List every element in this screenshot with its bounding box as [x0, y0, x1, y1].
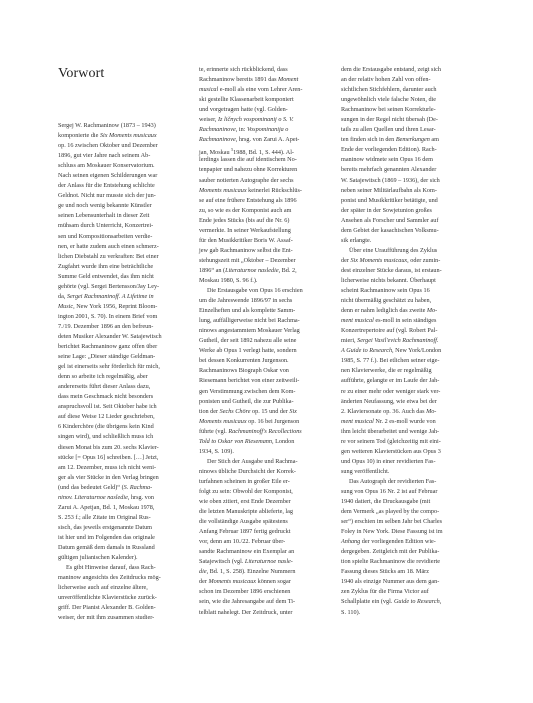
text-line: für den Musikkritiker Boris W. Assaf- — [199, 236, 332, 246]
text-line: sung von Opus 16 Nr. 2 ist auf Februar — [341, 487, 474, 497]
text-line: zu, so wie es der Komponist auch am — [199, 206, 332, 216]
text-line: schluss am Moskauer Konservatorium. — [58, 161, 191, 171]
text-line: aufführte, gelangte er im Laufe der Jah- — [341, 376, 474, 386]
text-line: S. 253 f.; alle Zitate im Original Rus- — [58, 513, 191, 523]
text-line: Die Erstausgabe von Opus 16 erschien — [199, 286, 332, 296]
text-line: Summe Geld entwendet, das ihm nicht — [58, 272, 191, 282]
text-line: Rachmaninow bei seinen Korrekturle- — [341, 105, 474, 115]
text-line: nen, er hatte zudem auch einen schmerz- — [58, 242, 191, 252]
text-line: Sergej W. Rachmaninow (1873 – 1943) — [58, 121, 191, 131]
text-line: stehungszeit mit „Oktober – Dezember — [199, 256, 332, 266]
text-line: Anhang der vorliegenden Edition wie- — [341, 537, 474, 547]
text-line: denn er nahm lediglich das zweite Mo- — [341, 306, 474, 316]
text-line: licherweise nichts bekannt. Überhaupt — [341, 276, 474, 286]
text-line: griff. Der Pianist Alexander B. Golden- — [58, 603, 191, 613]
text-line: der Anlass für die Entstehung schlichte — [58, 181, 191, 191]
text-line: Nach seinen eigenen Schilderungen war — [58, 171, 191, 181]
text-line: ington 2001, S. 70). In einem Brief vom — [58, 312, 191, 322]
text-line: die letzten Manuskripte ablieferte, lag — [199, 507, 332, 517]
text-line: seinen Lebensunterhalt in dieser Zeit — [58, 211, 191, 221]
text-line: sein, wie die Jahresangabe auf dem Ti- — [199, 597, 332, 607]
text-line: Moments musicaux op. 16 bei Jurgenson — [199, 417, 332, 427]
text-line: Ansehen als Forscher und Sammler auf — [341, 216, 474, 226]
text-line: Das Autograph der revidierten Fas- — [341, 477, 474, 487]
text-line: licherweise auch auf einzelne ältere, — [58, 583, 191, 593]
text-line: die, Bd. 1, S. 258). Einzelne Nummern — [199, 567, 332, 577]
text-line: ten finden sich in den Bemerkungen am — [341, 135, 474, 145]
text-line: andererseits führt dieser Anlass dazu, — [58, 382, 191, 392]
text-line: führte (vgl. Rachmaninoff's Recollection… — [199, 427, 332, 437]
text-line: dem Gebiet der kasachischen Volksmu- — [341, 226, 474, 236]
text-line: Es gibt Hinweise darauf, dass Rach- — [58, 563, 191, 573]
text-line: an der relativ hohen Zahl von offen- — [341, 75, 474, 85]
text-line: die vollständige Ausgabe spätestens — [199, 517, 332, 527]
text-line: Rachmaninows Biograph Oskar von — [199, 366, 332, 376]
text-line: te, erinnerte sich rückblickend, dass — [199, 65, 332, 75]
text-line: diesen Monat bis zum 20. sechs Klavier- — [58, 443, 191, 453]
text-line: und vorgetragen hatte (vgl. Golden- — [199, 105, 332, 115]
text-line: sung veröffentlicht. — [341, 467, 474, 477]
text-line: ment musical Nr. 2 es-moll wurde von — [341, 417, 474, 427]
text-line: ge und noch wenig bekannte Künstler — [58, 201, 191, 211]
text-line: re zu einer mehr oder weniger stark ver- — [341, 387, 474, 397]
text-line: Geldnot. Nicht nur musste sich der jun- — [58, 191, 191, 201]
text-line: gültigen julianischen Kalender). — [58, 553, 191, 563]
text-line: folgt zu sein: Obwohl der Komponist, — [199, 487, 332, 497]
text-line: 1896, gut vier Jahre nach seinem Ab- — [58, 151, 191, 161]
text-line: Gutheil, der seit 1892 nahezu alle seine — [199, 336, 332, 346]
text-line: wie oben zitiert, erst Ende Dezember — [199, 497, 332, 507]
text-column-2: te, erinnerte sich rückblickend, dassRac… — [199, 65, 332, 618]
text-line: Rachmaninow bereits 1891 das Moment — [199, 75, 332, 85]
text-line: re vor seinem Tod (gleichzeitig mit eini… — [341, 437, 474, 447]
text-line: neben seiner Militärlaufbahn als Kom- — [341, 186, 474, 196]
text-line: Moskau 1980, S. 96 f.). — [199, 276, 332, 286]
text-line: 1934, S. 109). — [199, 447, 332, 457]
text-line: komponierte die Six Moments musicaux — [58, 131, 191, 141]
text-line: Satajewitsch (vgl. Literaturnoe nasle- — [199, 557, 332, 567]
text-line: ger als vier Stücke in den Verlag bringe… — [58, 473, 191, 483]
text-line: und Opus 10) in einer revidierten Fas- — [341, 457, 474, 467]
text-line: sandte Rachmaninow ein Exemplar an — [199, 547, 332, 557]
text-line: Foley in New York. Diese Fassung ist im — [341, 527, 474, 537]
text-line: ihm leicht überarbeitet und wenige Jah- — [341, 427, 474, 437]
text-line: gehörte (vgl. Sergei Bertensson/Jay Ley- — [58, 282, 191, 292]
text-line: maninow widmete sein Opus 16 dem — [341, 155, 474, 165]
text-line: der Moments musicaux können sogar — [199, 577, 332, 587]
text-line: Rachmaninove, hrsg. von Zarui A. Apet- — [199, 135, 332, 145]
text-line: tails zu allen Quellen und ihren Lesar- — [341, 125, 474, 135]
text-line: dest einzelner Stücke daraus, ist erstau… — [341, 266, 474, 276]
text-line: Schallplatte ein (vgl. Guide to Research… — [341, 597, 474, 607]
text-line: da, Sergei Rachmaninoff. A Lifetime in — [58, 292, 191, 302]
text-line: W. Satajewitsch (1869 – 1936), der sich — [341, 176, 474, 186]
text-line: weiser, der mit ihm zusammen studier- — [58, 613, 191, 623]
text-line: Konzertrepertoire auf (vgl. Robert Pal- — [341, 326, 474, 336]
text-line: Fassung dieses Stücks am 18. März — [341, 567, 474, 577]
text-line: sik erlangte. — [341, 236, 474, 246]
text-line: änderten Neufassung, wie etwa bei der — [341, 397, 474, 407]
text-line: Über eine Uraufführung des Zyklus — [341, 246, 474, 256]
text-line: Zarui A. Apetjan, Bd. 1, Moskau 1978, — [58, 503, 191, 513]
text-line: ninows übliche Durchsicht der Korrek- — [199, 467, 332, 477]
text-line: sichtlichen Stichfehlern, darunter auch — [341, 85, 474, 95]
text-line: Datum gemäß dem damals in Russland — [58, 543, 191, 553]
text-line: jew gab Rachmaninow selbst die Ent- — [199, 246, 332, 256]
text-line: ist hier und im Folgenden das originale — [58, 533, 191, 543]
text-line: (und das bedeutet Geld)“ (S. Rachma- — [58, 483, 191, 493]
text-line: gen Verstimmung zwischen dem Kom- — [199, 387, 332, 397]
text-line: dem Vermerk „as played by the compo- — [341, 507, 474, 517]
text-line: lichen Diebstahl zu verkraften: Bei eine… — [58, 252, 191, 262]
text-column-1: Sergej W. Rachmaninow (1873 – 1943)kompo… — [58, 121, 191, 623]
text-line: ponisten und Gutheil, die zur Publika- — [199, 397, 332, 407]
text-line: deten Musiker Alexander W. Satajewitsch — [58, 332, 191, 342]
text-line: 1940 als einzige Nummer aus dem gan- — [341, 577, 474, 587]
text-line: ski gestellte Klassenarbeit komponiert — [199, 95, 332, 105]
text-line: S. 110). — [341, 608, 474, 618]
text-line: turfahnen scheinen in großer Eile er- — [199, 477, 332, 487]
text-line: seine Lage: „Dieser ständige Geldman- — [58, 352, 191, 362]
text-line: tion spielte Rachmaninow die revidierte — [341, 557, 474, 567]
text-line: ungewöhnlich viele falsche Noten, die — [341, 95, 474, 105]
text-line: Einzelheften und als komplette Samm- — [199, 306, 332, 316]
text-line: vermerkte. In seiner Werkaufstellung — [199, 226, 332, 236]
text-line: lung, auffälligerweise nicht bei Rachma- — [199, 316, 332, 326]
text-line: mühsam durch Unterricht, Konzertrei- — [58, 221, 191, 231]
document-page: Vorwort Sergej W. Rachmaninow (1873 – 19… — [0, 0, 533, 703]
text-line: ment musical es-moll in sein ständiges — [341, 316, 474, 326]
text-line: dergegeben. Zeitgleich mit der Publika- — [341, 547, 474, 557]
text-line: gel ist einerseits sehr förderlich für m… — [58, 362, 191, 372]
text-line: gen weiteren Klavierstücken aus Opus 3 — [341, 447, 474, 457]
text-line: Moments musicaux keinerlei Rückschlüs- — [199, 186, 332, 196]
text-line: bereits mehrfach genannten Alexander — [341, 165, 474, 175]
text-line: ser“) erschien im selben Jahr bei Charle… — [341, 517, 474, 527]
text-line: tenpapier und nahezu ohne Korrekturen — [199, 165, 332, 175]
text-line: der Six Moments musicaux, oder zumin- — [341, 256, 474, 266]
text-line: denn so arbeite ich regelmäßig, aber — [58, 372, 191, 382]
text-line: der später in der Sowjetunion großes — [341, 206, 474, 216]
text-line: auf diese Weise 12 Lieder geschrieben, — [58, 412, 191, 422]
text-line: jan, Moskau 51988, Bd. 1, S. 444). Al- — [199, 145, 332, 155]
text-line: Music, New York 1956, Reprint Bloom- — [58, 302, 191, 312]
text-line: 6 Kinderchöre (die übrigens kein Kind — [58, 422, 191, 432]
text-line: Zugfahrt wurde ihm eine beträchtliche — [58, 262, 191, 272]
text-line: Werke ab Opus 1 verlegt hatte, sondern — [199, 346, 332, 356]
text-line: unveröffentlichte Klavierstücke zurück- — [58, 593, 191, 603]
text-line: musical e-moll als eine vom Lehrer Aren- — [199, 85, 332, 95]
text-line: Rachmaninove, in: Vospominanija o — [199, 125, 332, 135]
text-line: telblatt nahelegt. Der Zeitdruck, unter — [199, 608, 332, 618]
text-line: 2. Klaviersonate op. 36. Auch das Mo- — [341, 407, 474, 417]
text-line: singen wird), und schließlich muss ich — [58, 432, 191, 442]
text-line: mieri, Sergei Vasil'evich Rachmaninoff. — [341, 336, 474, 346]
text-line: maninow angesichts des Zeitdrucks mög- — [58, 573, 191, 583]
text-line: vor, denn am 10./22. Februar über- — [199, 537, 332, 547]
text-line: ponist und Musikkritiker betätigte, und — [341, 196, 474, 206]
text-line: ninows angestammtem Moskauer Verlag — [199, 326, 332, 336]
text-line: weiser, Iz ličnych vospominanij o S. V. — [199, 115, 332, 125]
text-line: sauber notierten Autographe der sechs — [199, 176, 332, 186]
text-column-3: dem die Erstausgabe entstand, zeigt sich… — [341, 65, 474, 618]
text-line: nen Klavierwerke, die er regelmäßig — [341, 366, 474, 376]
text-line: dass mein Geschmack nicht besonders — [58, 392, 191, 402]
text-line: stücke [= Opus 16] schreiben. […] Jetzt, — [58, 453, 191, 463]
text-line: anspruchsvoll ist. Seit Oktober habe ich — [58, 402, 191, 412]
text-line: ninov. Literaturnoe nasledie, hrsg. von — [58, 493, 191, 503]
text-line: 1985, S. 77 f.). Bei etlichen seiner eig… — [341, 356, 474, 366]
text-line: scheint Rachmaninow sein Opus 16 — [341, 286, 474, 296]
text-line: 7./19. Dezember 1896 an den befreun- — [58, 322, 191, 332]
text-line: sen und Kompositionsarbeiten verdie- — [58, 232, 191, 242]
text-line: nicht übermäßig geschätzt zu haben, — [341, 296, 474, 306]
text-line: zen Zyklus für die Firma Victor auf — [341, 587, 474, 597]
text-line: tion der Sechs Chöre op. 15 und der Six — [199, 407, 332, 417]
text-line: um die Jahreswende 1896/97 in sechs — [199, 296, 332, 306]
text-line: berichtet Rachmaninow ganz offen über — [58, 342, 191, 352]
text-line: sungen in der Regel nicht übersah (De- — [341, 115, 474, 125]
text-line: A Guide to Research, New York/London — [341, 346, 474, 356]
text-line: Told to Oskar von Riesemann, London — [199, 437, 332, 447]
text-line: 1940 datiert, die Druckausgabe (mit — [341, 497, 474, 507]
text-line: am 12. Dezember, muss ich nicht weni- — [58, 463, 191, 473]
text-line: Riesemann berichtet von einer zeitweili- — [199, 376, 332, 386]
text-line: dem die Erstausgabe entstand, zeigt sich — [341, 65, 474, 75]
text-line: sisch, das jeweils erstgenannte Datum — [58, 523, 191, 533]
text-line: se auf eine frühere Entstehung als 1896 — [199, 196, 332, 206]
text-line: Ende der vorliegenden Edition). Rach- — [341, 145, 474, 155]
text-line: lerdings lassen die auf identischem No- — [199, 155, 332, 165]
text-line: Anfang Februar 1897 fertig gedruckt — [199, 527, 332, 537]
text-line: Der Stich der Ausgabe und Rachma- — [199, 457, 332, 467]
text-line: schon im Dezember 1896 erschienen — [199, 587, 332, 597]
text-line: op. 16 zwischen Oktober und Dezember — [58, 141, 191, 151]
text-line: Ende jedes Stücks (bis auf die Nr. 6) — [199, 216, 332, 226]
text-line: bei dessen Konkurrenten Jurgenson. — [199, 356, 332, 366]
page-title: Vorwort — [58, 66, 104, 82]
text-line: 1896“ an (Literaturnoe nasledie, Bd. 2, — [199, 266, 332, 276]
